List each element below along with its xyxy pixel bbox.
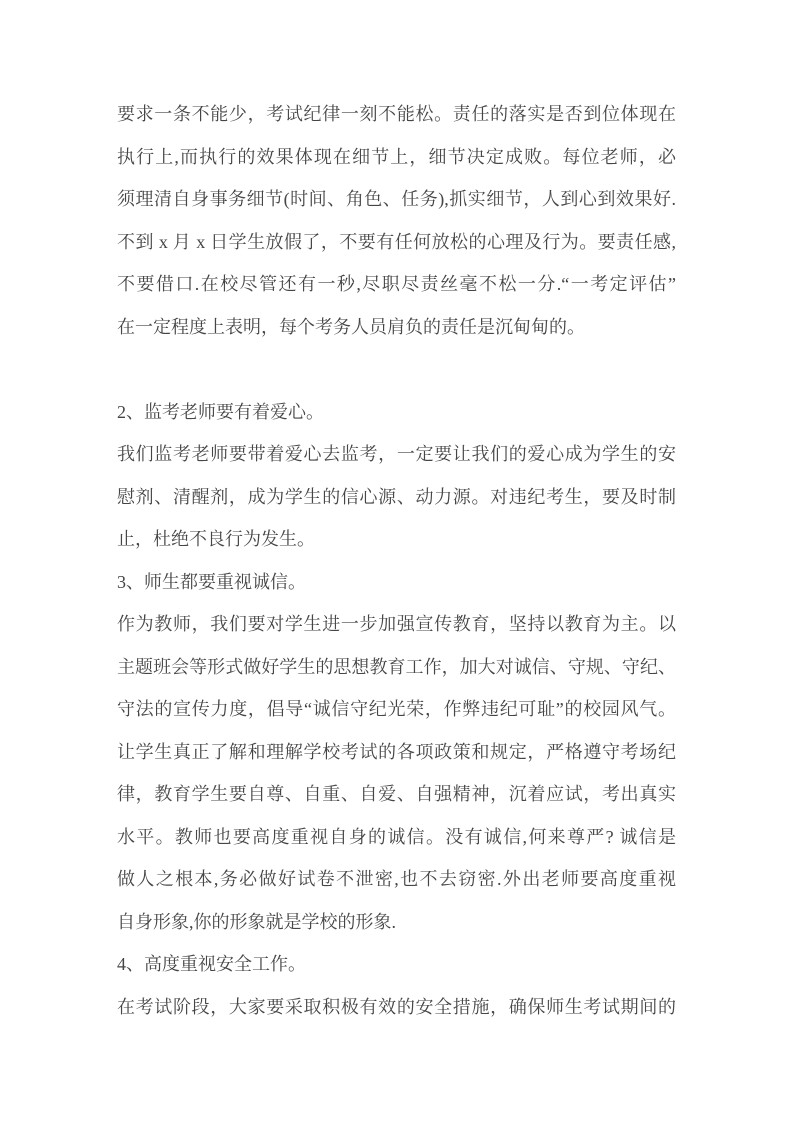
- text-line: 作为教师，我们要对学生进一步加强宣传教育，坚持以教育为主。以: [117, 603, 676, 646]
- text-line: 须理清自身事务细节(时间、角色、任务),抓实细节，人到心到效果好.: [117, 178, 676, 221]
- text-line: 不要借口.在校尽管还有一秒,尽职尽责丝毫不松一分.“一考定评估”: [117, 263, 676, 306]
- text-line: [117, 348, 676, 391]
- text-line: 止，杜绝不良行为发生。: [117, 518, 676, 561]
- text-line: 律，教育学生要自尊、自重、自爱、自强精神，沉着应试，考出真实: [117, 773, 676, 816]
- text-line: 自身形象,你的形象就是学校的形象.: [117, 901, 676, 944]
- text-line: 水平。教师也要高度重视自身的诚信。没有诚信,何来尊严? 诚信是: [117, 816, 676, 859]
- text-line: 要求一条不能少，考试纪律一刻不能松。责任的落实是否到位体现在: [117, 93, 676, 136]
- text-line: 做人之根本,务必做好试卷不泄密,也不去窃密.外出老师要高度重视: [117, 858, 676, 901]
- text-line: 在考试阶段，大家要采取积极有效的安全措施，确保师生考试期间的: [117, 986, 676, 1029]
- section-heading: 3、师生都要重视诚信。: [117, 561, 676, 604]
- text-line: 2、监考老师要有着爱心。: [117, 391, 676, 434]
- text-line: 让学生真正了解和理解学校考试的各项政策和规定，严格遵守考场纪: [117, 731, 676, 774]
- text-line: 4、高度重视安全工作。: [117, 943, 676, 986]
- text-line: 不到 x 月 x 日学生放假了，不要有任何放松的心理及行为。要责任感,: [117, 221, 676, 264]
- paragraph: 在考试阶段，大家要采取积极有效的安全措施，确保师生考试期间的: [117, 986, 676, 1029]
- empty-line: [117, 348, 676, 391]
- text-line: 主题班会等形式做好学生的思想教育工作，加大对诚信、守规、守纪、: [117, 646, 676, 689]
- text-line: 我们监考老师要带着爱心去监考，一定要让我们的爱心成为学生的安: [117, 433, 676, 476]
- paragraph: 作为教师，我们要对学生进一步加强宣传教育，坚持以教育为主。以主题班会等形式做好学…: [117, 603, 676, 943]
- section-heading: 2、监考老师要有着爱心。: [117, 391, 676, 434]
- text-line: 3、师生都要重视诚信。: [117, 561, 676, 604]
- section-heading: 4、高度重视安全工作。: [117, 943, 676, 986]
- paragraph: 要求一条不能少，考试纪律一刻不能松。责任的落实是否到位体现在执行上,而执行的效果…: [117, 93, 676, 348]
- text-line: 在一定程度上表明，每个考务人员肩负的责任是沉甸甸的。: [117, 306, 676, 349]
- text-line: 守法的宣传力度，倡导“诚信守纪光荣，作弊违纪可耻”的校园风气。: [117, 688, 676, 731]
- document-page: 要求一条不能少，考试纪律一刻不能松。责任的落实是否到位体现在执行上,而执行的效果…: [0, 0, 793, 1122]
- text-line: 执行上,而执行的效果体现在细节上，细节决定成败。每位老师，必: [117, 136, 676, 179]
- paragraph: 我们监考老师要带着爱心去监考，一定要让我们的爱心成为学生的安慰剂、清醒剂，成为学…: [117, 433, 676, 561]
- text-line: 慰剂、清醒剂，成为学生的信心源、动力源。对违纪考生，要及时制: [117, 476, 676, 519]
